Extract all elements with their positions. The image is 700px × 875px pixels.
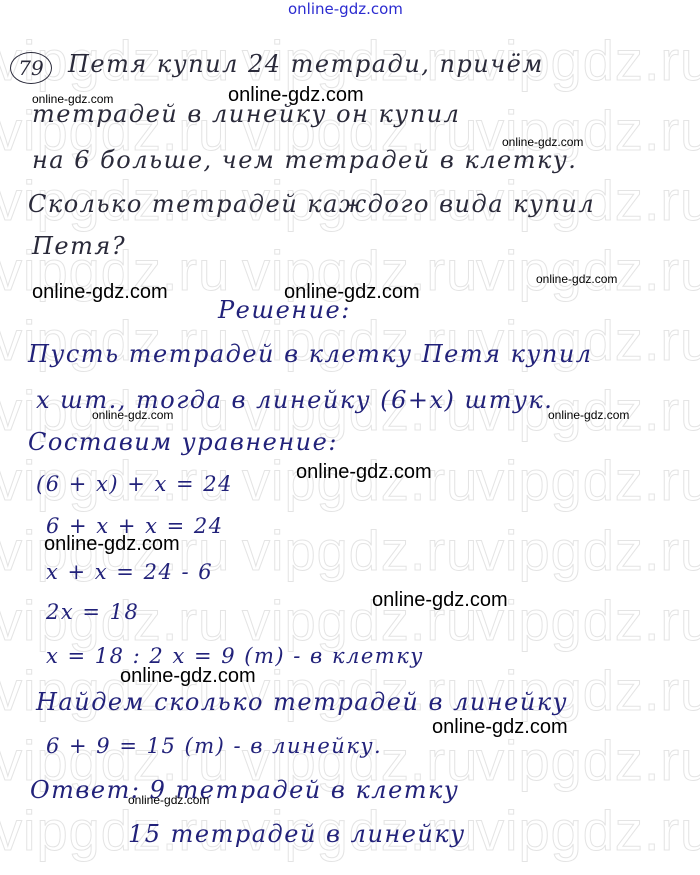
answer-line-2: 15 тетрадей в линейку [128, 820, 466, 848]
solution-line-1: Пусть тетрадей в клетку Петя купил [28, 340, 593, 368]
problem-line-1: Петя купил 24 тетради, причём [68, 50, 544, 78]
background-watermark: vipgdz.ru [476, 448, 700, 513]
overlay-watermark: online-gdz.com [536, 272, 617, 286]
problem-line-3: на 6 больше, чем тетрадей в клетку. [32, 146, 577, 174]
equation-3: x + x = 24 - 6 [46, 560, 213, 584]
site-link[interactable]: online-gdz.com [288, 0, 403, 18]
overlay-watermark: online-gdz.com [296, 461, 432, 484]
overlay-watermark: online-gdz.com [128, 793, 209, 807]
overlay-watermark: online-gdz.com [32, 281, 168, 304]
overlay-watermark: online-gdz.com [44, 533, 180, 556]
overlay-watermark: online-gdz.com [228, 84, 364, 107]
background-watermark: vipgdz.ru [476, 798, 700, 863]
overlay-watermark: online-gdz.com [32, 92, 113, 106]
problem-line-5: Петя? [32, 232, 126, 260]
overlay-watermark: online-gdz.com [372, 589, 508, 612]
equation-1: (6 + x) + x = 24 [36, 472, 233, 496]
solution-line-3: Составим уравнение: [28, 428, 338, 456]
overlay-watermark: online-gdz.com [284, 281, 420, 304]
background-watermark: vipgdz.ru [476, 518, 700, 583]
overlay-watermark: online-gdz.com [120, 665, 256, 688]
problem-line-4: Сколько тетрадей каждого вида купил [28, 190, 595, 218]
background-watermark: vipgdz.ru [476, 588, 700, 653]
background-watermark: vipgdz.ru [242, 518, 478, 583]
equation-4: 2x = 18 [46, 600, 139, 624]
overlay-watermark: online-gdz.com [92, 408, 173, 422]
overlay-watermark: online-gdz.com [548, 408, 629, 422]
solution-line-4: Найдем сколько тетрадей в линейку [36, 688, 568, 716]
overlay-watermark: online-gdz.com [432, 716, 568, 739]
overlay-watermark: online-gdz.com [502, 135, 583, 149]
background-watermark: vipgdz.ru [476, 238, 700, 303]
answer-line-1: Ответ: 9 тетрадей в клетку [30, 776, 459, 804]
problem-number: 79 [10, 52, 52, 84]
homework-page: vipgdz.ruvipgdz.ruvipgdz.ruvipgdz.ruvipg… [0, 0, 700, 875]
equation-6: 6 + 9 = 15 (т) - в линейку. [46, 734, 382, 758]
